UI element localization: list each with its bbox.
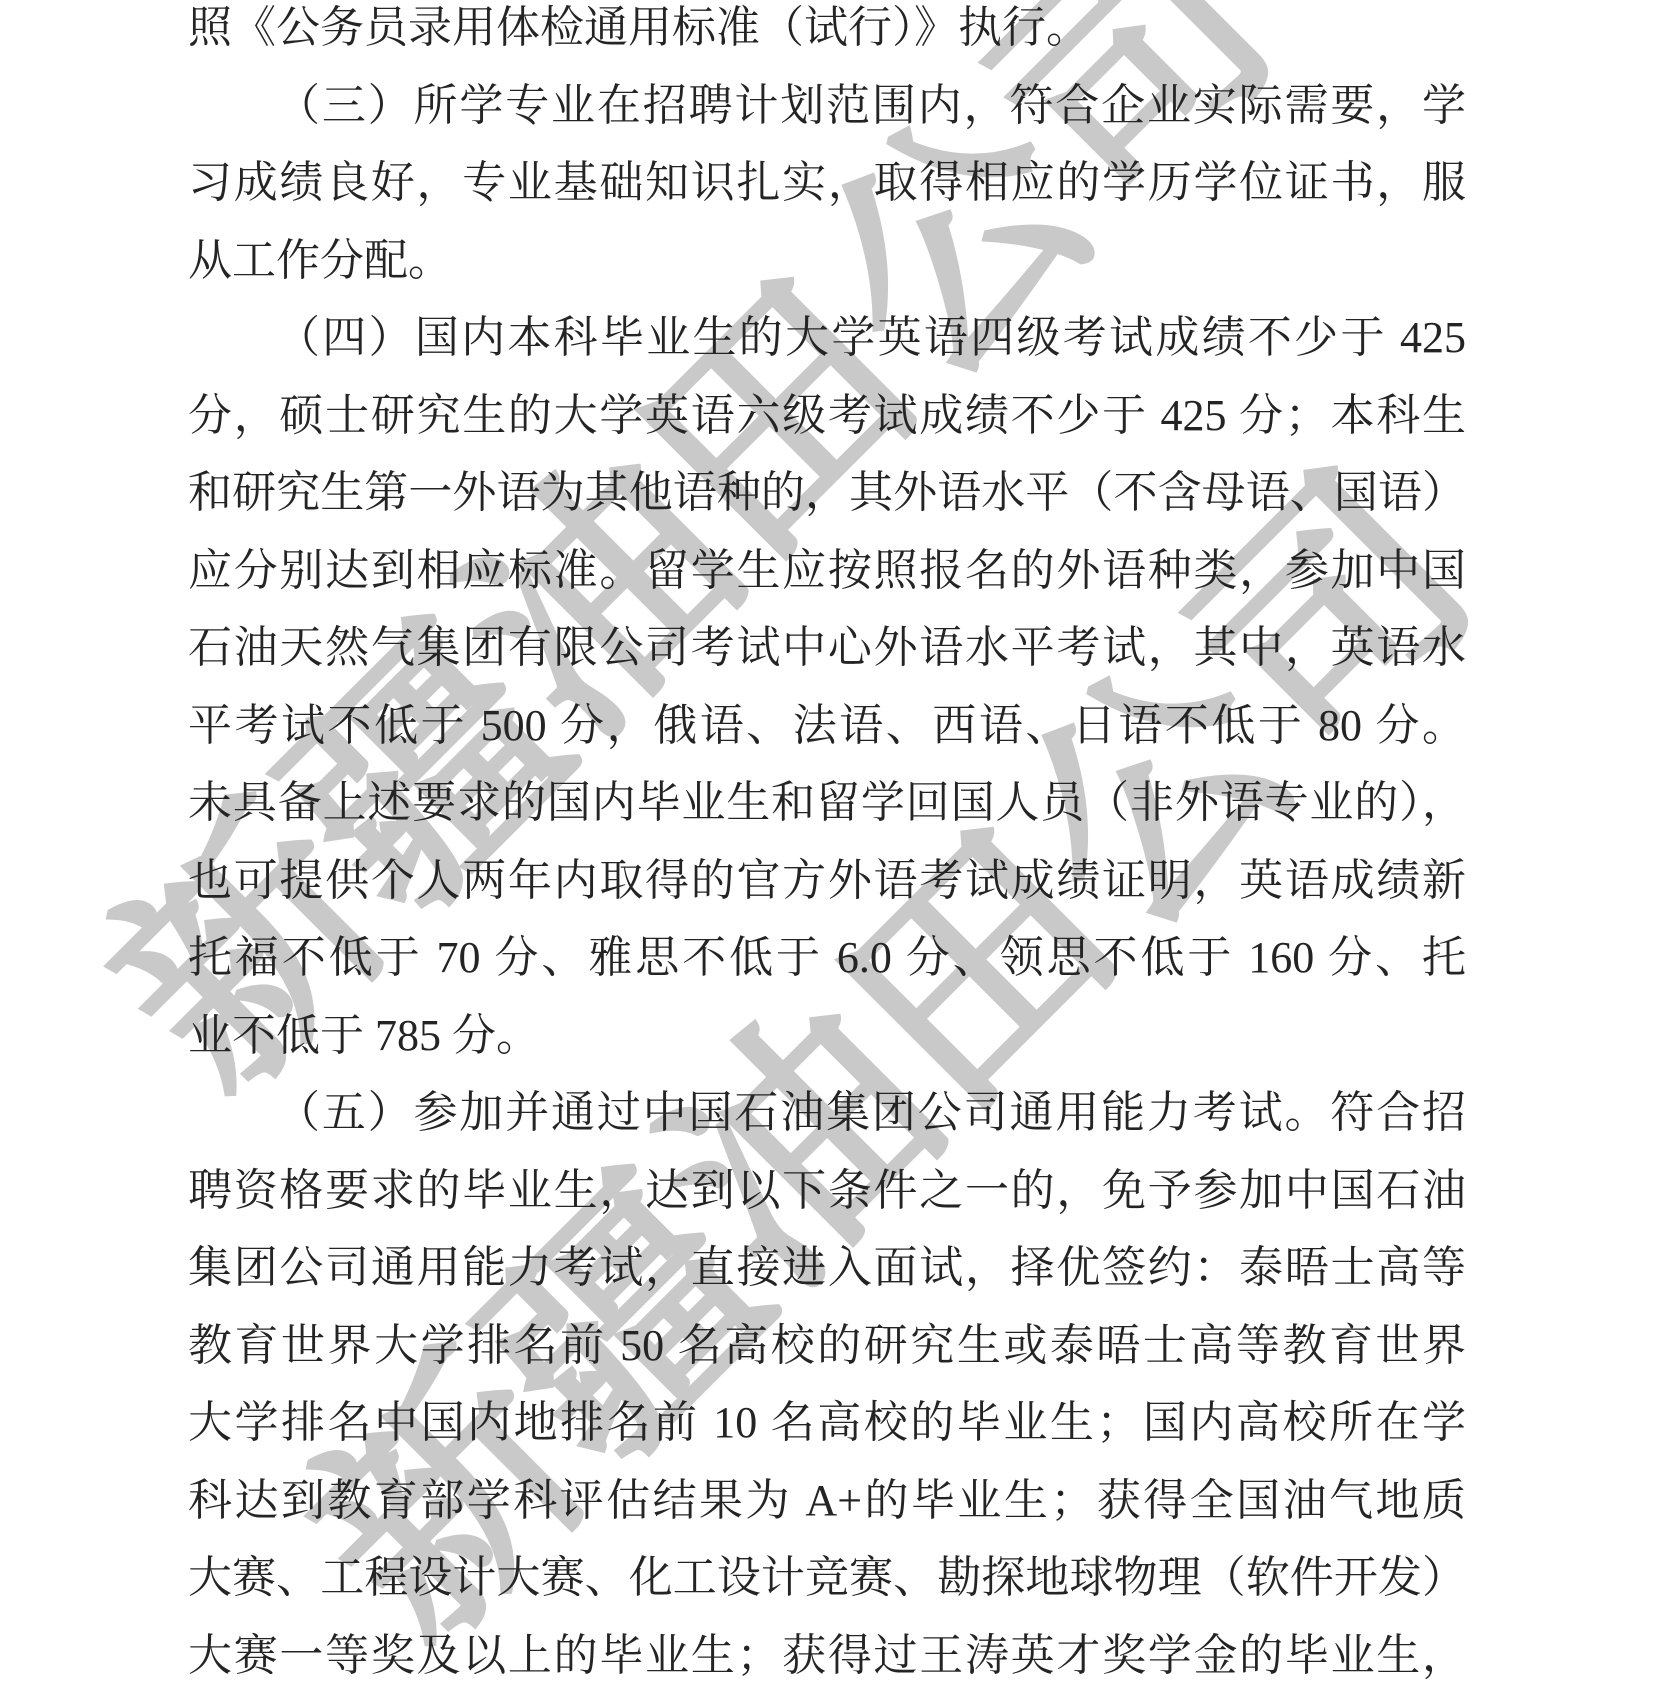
text-line: 教育世界大学排名前 50 名高校的研究生或泰晤士高等教育世界 bbox=[188, 1307, 1466, 1385]
text-line: 石油天然气集团有限公司考试中心外语水平考试，其中，英语水 bbox=[188, 609, 1466, 687]
text-line: 平考试不低于 500 分，俄语、法语、西语、日语不低于 80 分。 bbox=[188, 687, 1466, 765]
text-line: 和研究生第一外语为其他语种的，其外语水平（不含母语、国语） bbox=[188, 454, 1466, 532]
text-line: 也可提供个人两年内取得的官方外语考试成绩证明，英语成绩新 bbox=[188, 842, 1466, 920]
text-line: 集团公司通用能力考试，直接进入面试，择优签约：泰晤士高等 bbox=[188, 1229, 1466, 1307]
text-line: 大赛、工程设计大赛、化工设计竞赛、勘探地球物理（软件开发） bbox=[188, 1539, 1466, 1617]
text-line: 从工作分配。 bbox=[188, 222, 1466, 300]
text-line: 大学排名中国内地排名前 10 名高校的毕业生；国内高校所在学 bbox=[188, 1384, 1466, 1462]
text-line: 分，硕士研究生的大学英语六级考试成绩不少于 425 分；本科生 bbox=[188, 377, 1466, 455]
text-line: 习成绩良好，专业基础知识扎实，取得相应的学历学位证书，服 bbox=[188, 144, 1466, 222]
text-line: 科达到教育部学科评估结果为 A+的毕业生；获得全国油气地质 bbox=[188, 1462, 1466, 1540]
text-line: 业不低于 785 分。 bbox=[188, 997, 1466, 1075]
text-line: 未具备上述要求的国内毕业生和留学回国人员（非外语专业的）， bbox=[188, 764, 1466, 842]
text-line: 大赛一等奖及以上的毕业生；获得过王涛英才奖学金的毕业生， bbox=[188, 1617, 1466, 1688]
text-line: （三）所学专业在招聘计划范围内，符合企业实际需要，学 bbox=[188, 67, 1466, 145]
document-body: 照《公务员录用体检通用标准（试行）》执行。 （三）所学专业在招聘计划范围内，符合… bbox=[188, 0, 1466, 1688]
text-line: （五）参加并通过中国石油集团公司通用能力考试。符合招 bbox=[188, 1074, 1466, 1152]
text-line: 应分别达到相应标准。留学生应按照报名的外语种类，参加中国 bbox=[188, 532, 1466, 610]
text-line: 托福不低于 70 分、雅思不低于 6.0 分、领思不低于 160 分、托 bbox=[188, 919, 1466, 997]
text-line: 聘资格要求的毕业生，达到以下条件之一的，免予参加中国石油 bbox=[188, 1152, 1466, 1230]
text-line: 照《公务员录用体检通用标准（试行）》执行。 bbox=[188, 0, 1466, 67]
text-line: （四）国内本科毕业生的大学英语四级考试成绩不少于 425 bbox=[188, 299, 1466, 377]
